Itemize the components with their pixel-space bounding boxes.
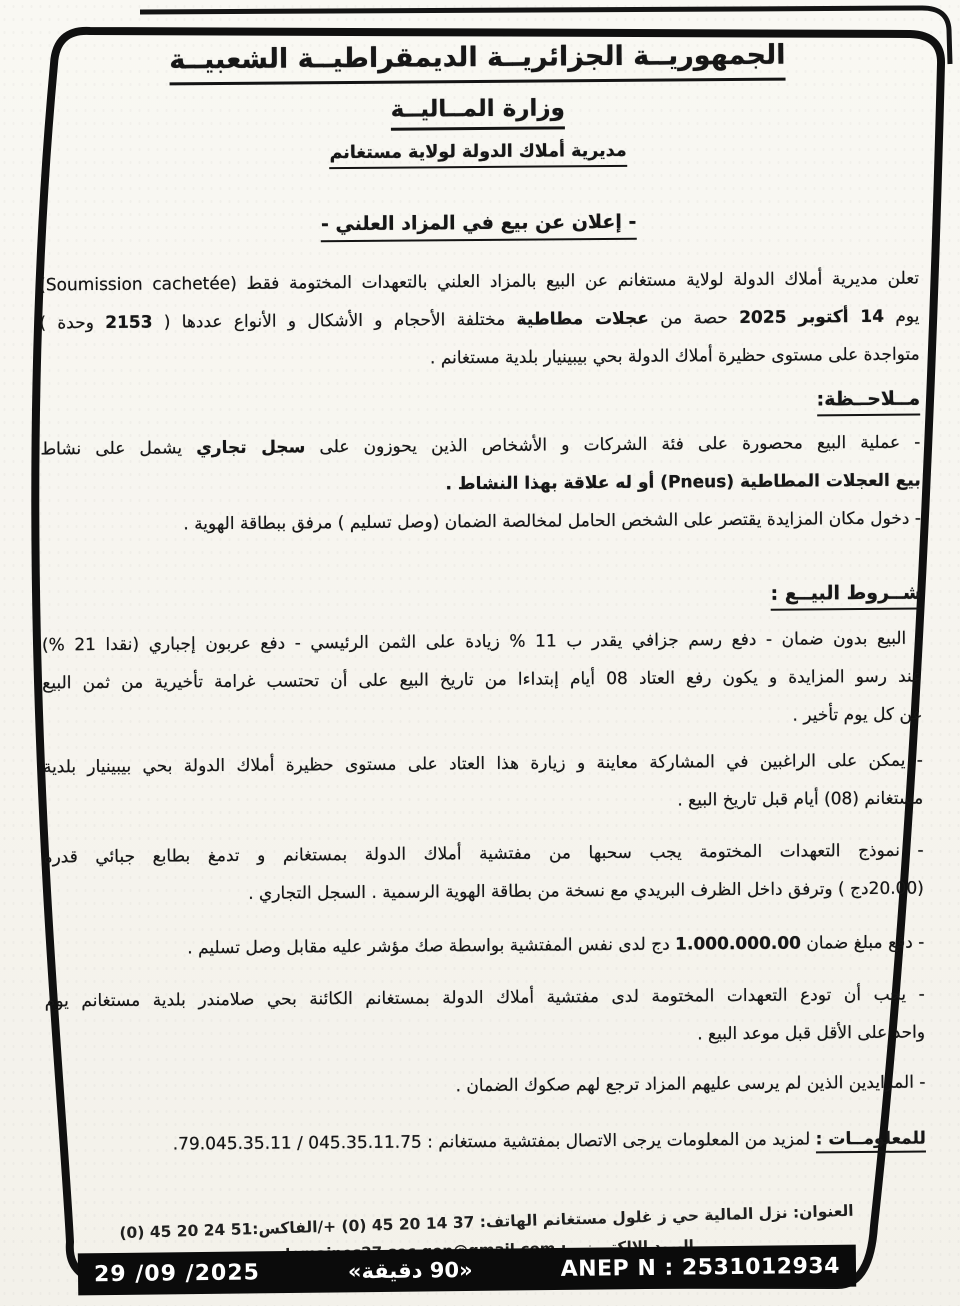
note-heading: مــلاحــظة: — [40, 388, 920, 423]
note-item-entry: - دخول مكان المزايدة يقتصر على الشخص الح… — [41, 500, 921, 545]
anep-bar: 29 /09 /2025 «90 دقيقة» ANEP N : 2531012… — [78, 1245, 856, 1296]
intro-paragraph: تعلن مديرية أملاك الدولة لولاية مستغانم … — [39, 260, 920, 381]
publication-date: 29 /09 /2025 — [94, 1260, 260, 1287]
terms-item-visit: - يمكن على الراغبين في المشاركة معاينة و… — [43, 742, 924, 825]
terms-item-guarantee: - دفع مبلغ ضمان 1.000.000.00 دج لدى نفس … — [44, 924, 924, 969]
header-ministry-title: وزارة المــاليــة — [38, 93, 918, 134]
duration-label: «90 دقيقة» — [348, 1258, 473, 1283]
terms-item-refund: - المزايدين الذين لم يرسى عليهم المزاد ت… — [45, 1064, 925, 1109]
terms-item-deposit: - يجب أن تودع التعهدات المختومة لدى مفتش… — [45, 976, 926, 1059]
terms-item-forms: - نموذج التعهدات المختومة يجب سحبها من م… — [43, 832, 924, 915]
terms-item-payment: - البيع بدون ضمان - دفع رسم جزافي يقدر ب… — [42, 620, 923, 741]
auction-announcement-title: - إعلان عن بيع في المزاد العلني - — [39, 209, 919, 245]
info-contact-line: للمعلومــات : لمزيد من المعلومات يرجى ال… — [46, 1120, 926, 1165]
scanned-document-page: الجمهوريــة الجزائريــة الديمقراطيــة ال… — [0, 0, 960, 1306]
terms-heading: شــروط البيــع : — [42, 582, 922, 617]
header-republic-title: الجمهوريــة الجزائريــة الديمقراطيــة ال… — [37, 39, 917, 87]
note-item-eligibility: - عملية البيع محصورة على فئة الشركات و ا… — [40, 424, 921, 507]
document-content: الجمهوريــة الجزائريــة الديمقراطيــة ال… — [37, 35, 927, 1263]
anep-number: ANEP N : 2531012934 — [560, 1253, 840, 1281]
header-directorate-title: مديرية أملاك الدولة لولاية مستغانم — [38, 139, 918, 172]
